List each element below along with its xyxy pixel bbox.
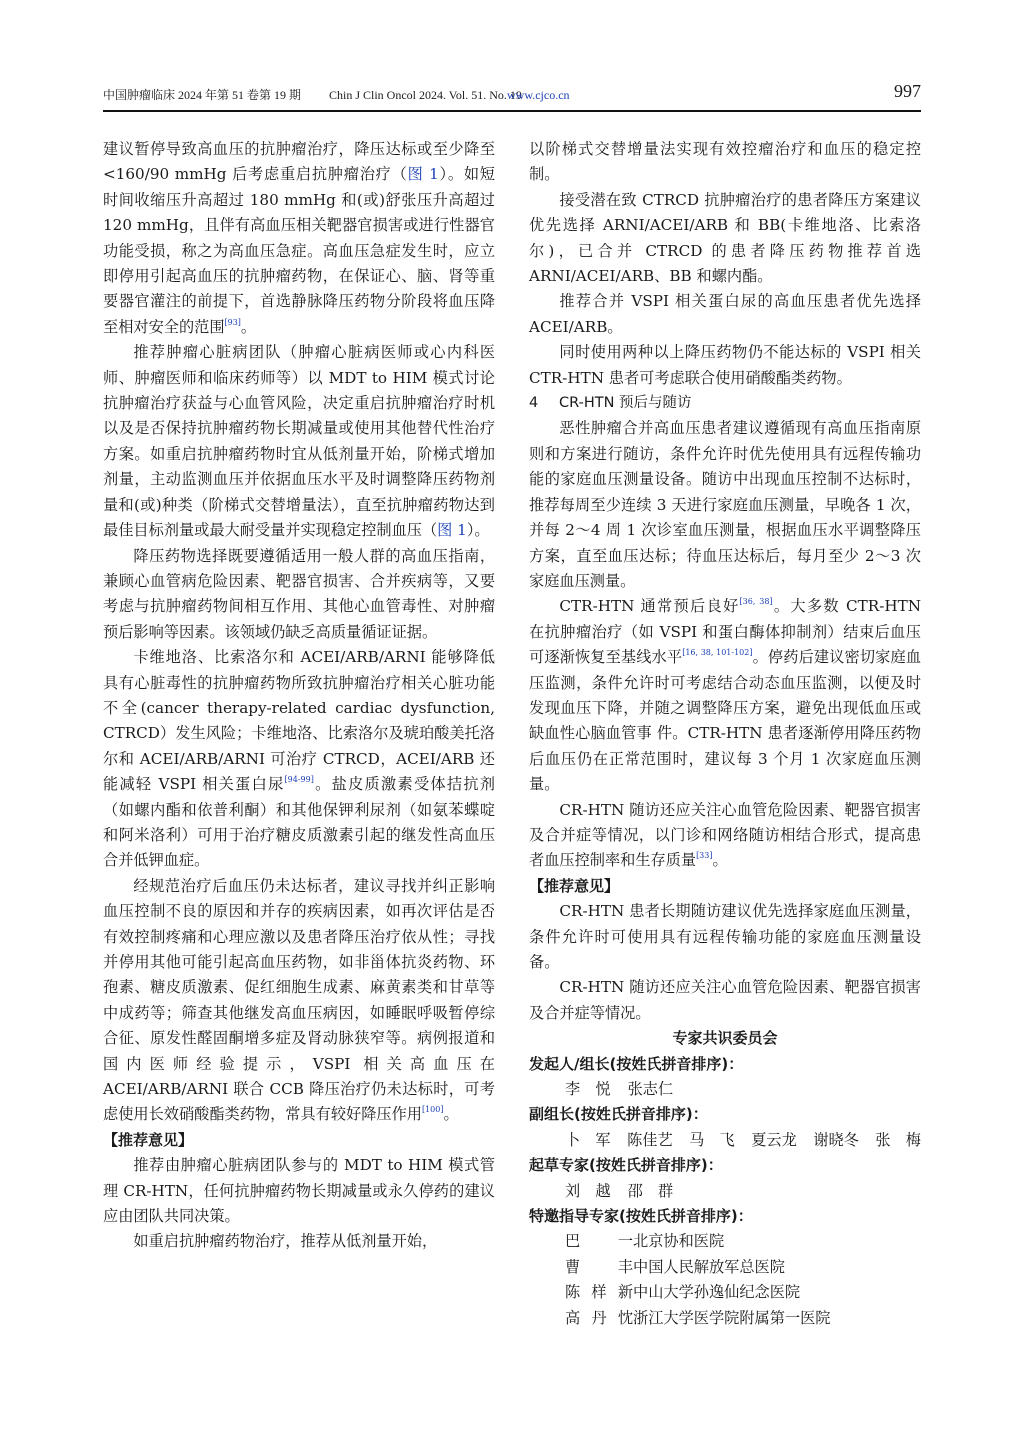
member-name: 陈佳艺 [627, 1128, 673, 1153]
journal-name-en: Chin J Clin Oncol 2024. Vol. 51. No. 19 [329, 84, 522, 106]
section-number: 4 [529, 391, 559, 416]
section-heading: 4CR-HTN 预后与随访 [529, 391, 921, 416]
advisor-name: 高丹忱 [565, 1306, 633, 1331]
recommendation-heading: 【推荐意见】 [529, 874, 921, 899]
advisor-name: 曹 丰 [565, 1255, 633, 1280]
citation-link[interactable]: [100] [422, 1105, 444, 1114]
member-name: 张 梅 [875, 1128, 921, 1153]
member-name: 卜 军 [565, 1128, 611, 1153]
committee-title: 专家共识委员会 [529, 1026, 921, 1051]
paragraph: 推荐合并 VSPI 相关蛋白尿的高血压患者优先选择 ACEI/ARB。 [529, 289, 921, 340]
drafters-heading: 起草专家(按姓氏拼音排序)： [529, 1153, 921, 1178]
left-column: 建议暂停导致高血压的抗肿瘤治疗，降压达标或至少降至<160/90 mmHg 后考… [103, 137, 495, 1255]
text: ）。 [467, 521, 490, 539]
member-name: 刘 越 [565, 1179, 611, 1204]
member-name: 李 悦 [565, 1077, 611, 1102]
initiators-heading: 发起人/组长(按姓氏拼音排序)： [529, 1052, 921, 1077]
paragraph: 推荐肿瘤心脏病团队（肿瘤心脏病医师或心内科医师、肿瘤医师和临床药师等）以 MDT… [103, 340, 495, 543]
page-number: 997 [894, 80, 921, 102]
text: 。 [241, 318, 256, 336]
paragraph: 降压药物选择既要遵循适用一般人群的高血压指南，兼顾心血管病危险因素、靶器官损害、… [103, 544, 495, 646]
advisor-affiliation: 中山大学孙逸仙纪念医院 [633, 1280, 800, 1305]
advisor-affiliation: 北京协和医院 [633, 1229, 724, 1254]
drafters-list: 刘 越 邵 群 [529, 1179, 921, 1204]
running-header: 中国肿瘤临床 2024 年第 51 卷第 19 期 Chin J Clin On… [103, 84, 921, 106]
text: 。 [443, 1105, 458, 1123]
paragraph: CR-HTN 随访还应关注心血管危险因素、靶器官损害及合并症等情况，以门诊和网络… [529, 798, 921, 874]
text: CTR-HTN 通常预后良好 [559, 597, 739, 615]
paragraph: CR-HTN 患者长期随访建议优先选择家庭血压测量，条件允许时可使用具有远程传输… [529, 899, 921, 975]
deputies-list: 卜 军 陈佳艺 马 飞 夏云龙 谢晓冬 张 梅 [529, 1128, 921, 1153]
member-name: 马 飞 [689, 1128, 735, 1153]
paragraph: 建议暂停导致高血压的抗肿瘤治疗，降压达标或至少降至<160/90 mmHg 后考… [103, 137, 495, 340]
advisor-row: 巴 一 北京协和医院 [529, 1229, 921, 1254]
journal-url-link[interactable]: www.cjco.cn [507, 84, 570, 106]
paragraph: 经规范治疗后血压仍未达标者，建议寻找并纠正影响血压控制不良的原因和并存的疾病因素… [103, 874, 495, 1128]
figure-link[interactable]: 图 1 [437, 521, 467, 539]
paragraph: 接受潜在致 CTRCD 抗肿瘤治疗的患者降压方案建议优先选择 ARNI/ACEI… [529, 188, 921, 290]
citation-link[interactable]: [16, 38, 101-102] [682, 648, 752, 657]
paragraph: CR-HTN 随访还应关注心血管危险因素、靶器官损害及合并症等情况。 [529, 975, 921, 1026]
member-name: 谢晓冬 [813, 1128, 859, 1153]
advisor-row: 曹 丰 中国人民解放军总医院 [529, 1255, 921, 1280]
member-name: 邵 群 [628, 1179, 674, 1204]
member-name: 夏云龙 [751, 1128, 797, 1153]
figure-link[interactable]: 图 1 [408, 165, 439, 183]
citation-link[interactable]: [94-99] [285, 775, 314, 784]
paragraph: CTR-HTN 通常预后良好[36, 38]。大多数 CTR-HTN 在抗肿瘤治… [529, 594, 921, 797]
text: ）。如短时间收缩压升高超过 180 mmHg 和(或)舒张压升高超过 120 m… [103, 165, 495, 335]
member-name: 张志仁 [628, 1077, 674, 1102]
section-title: CR-HTN 预后与随访 [559, 395, 692, 411]
paragraph: 以阶梯式交替增量法实现有效控瘤治疗和血压的稳定控制。 [529, 137, 921, 188]
paragraph: 同时使用两种以上降压药物仍不能达标的 VSPI 相关 CTR-HTN 患者可考虑… [529, 340, 921, 391]
paragraph: 卡维地洛、比索洛尔和 ACEI/ARB/ARNI 能够降低具有心脏毒性的抗肿瘤药… [103, 645, 495, 874]
citation-link[interactable]: [93] [225, 318, 241, 327]
deputies-heading: 副组长(按姓氏拼音排序)： [529, 1102, 921, 1127]
advisor-name: 陈样新 [565, 1280, 633, 1305]
text: 经规范治疗后血压仍未达标者，建议寻找并纠正影响血压控制不良的原因和并存的疾病因素… [103, 877, 495, 1124]
journal-name-cn: 中国肿瘤临床 2024 年第 51 卷第 19 期 [103, 84, 301, 106]
citation-link[interactable]: [33] [696, 851, 712, 860]
advisor-row: 陈样新 中山大学孙逸仙纪念医院 [529, 1280, 921, 1305]
text: 。停药后建议密切家庭血压监测，条件允许时可考虑结合动态血压监测，以便及时发现血压… [529, 648, 921, 793]
advisor-affiliation: 浙江大学医学院附属第一医院 [633, 1306, 830, 1331]
initiators-list: 李 悦 张志仁 [529, 1077, 921, 1102]
right-column: 以阶梯式交替增量法实现有效控瘤治疗和血压的稳定控制。 接受潜在致 CTRCD 抗… [529, 137, 921, 1331]
recommendation-heading: 【推荐意见】 [103, 1128, 495, 1153]
header-rule [103, 110, 921, 112]
paragraph: 恶性肿瘤合并高血压患者建议遵循现有高血压指南原则和方案进行随访，条件允许时优先使… [529, 416, 921, 594]
text: 。 [712, 851, 727, 869]
advisors-heading: 特邀指导专家(按姓氏拼音排序)： [529, 1204, 921, 1229]
text: 推荐肿瘤心脏病团队（肿瘤心脏病医师或心内科医师、肿瘤医师和临床药师等）以 MDT… [103, 343, 495, 539]
paragraph: 如重启抗肿瘤药物治疗，推荐从低剂量开始， [103, 1229, 495, 1254]
paragraph: 推荐由肿瘤心脏病团队参与的 MDT to HIM 模式管理 CR-HTN，任何抗… [103, 1153, 495, 1229]
citation-link[interactable]: [36, 38] [740, 597, 773, 606]
text: 卡维地洛、比索洛尔和 ACEI/ARB/ARNI 能够降低具有心脏毒性的抗肿瘤药… [103, 648, 495, 793]
advisor-affiliation: 中国人民解放军总医院 [633, 1255, 785, 1280]
advisor-name: 巴 一 [565, 1229, 633, 1254]
advisor-row: 高丹忱 浙江大学医学院附属第一医院 [529, 1306, 921, 1331]
